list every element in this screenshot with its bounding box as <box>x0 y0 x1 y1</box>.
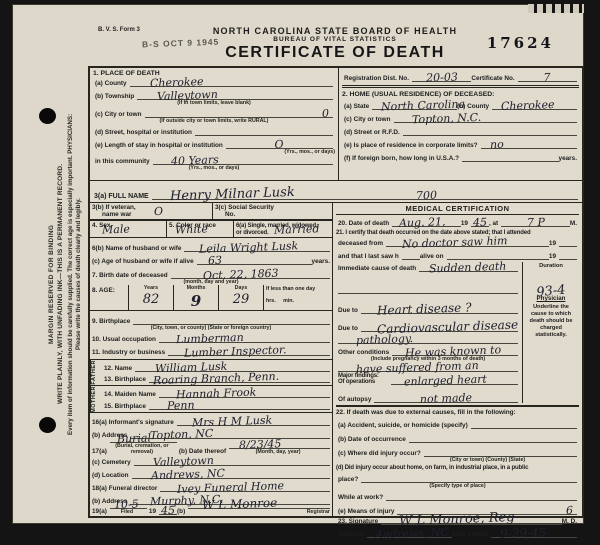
external-d-line <box>361 473 577 483</box>
informant-sig-label: 16(a) Informant's signature <box>92 419 174 426</box>
torn-edge-decoration <box>528 4 584 13</box>
due2-line: Cardiovascular disease <box>361 322 518 332</box>
medical-column: MEDICAL CERTIFICATION 20. Date of death … <box>333 203 582 516</box>
physician-sig-label: 23. Signature <box>338 518 378 525</box>
section-full-name: 3(a) FULL NAME Henry Milnar Lusk 700 <box>90 181 582 203</box>
means-of-injury-label: (e) Means of injury <box>338 508 394 515</box>
personal-column: 3(b) If veteran, name war O 3(c) Social … <box>90 203 333 516</box>
home-city-label: (c) City or town <box>344 116 391 123</box>
disposition-type-label: 17(a) <box>92 448 107 455</box>
external-c-line <box>424 447 577 457</box>
home-county-line: Cherokee <box>492 100 577 110</box>
certificate-no-line: 7 <box>518 72 577 82</box>
external-title: 22. If death was due to external causes,… <box>336 409 579 416</box>
location-value: Andrews, NC <box>151 467 225 483</box>
street-line <box>195 126 333 136</box>
section-place-of-death: 1. PLACE OF DEATH (a) CountyCherokee (b)… <box>90 68 339 180</box>
street-label: (d) Street, hospital or institution <box>95 129 192 136</box>
home-corporate-label: (e) Is place of residence in corporate l… <box>344 142 478 149</box>
mother-birthplace-value: Penn <box>167 399 195 413</box>
cemetery-label: (c) Cemetery <box>92 459 131 466</box>
location-label: (d) Location <box>92 472 129 479</box>
birthplace-label: 9. Birthplace <box>92 318 130 325</box>
age-hrs-label: hrs. <box>266 298 276 304</box>
due2-line2: pathology. <box>338 334 518 344</box>
date-signed-line: 9-29-45 <box>491 528 577 538</box>
full-name-value: Henry Milnar Lusk <box>169 185 294 204</box>
death-year-line: 45 <box>471 217 489 227</box>
funeral-director-line: Ivey Funeral Home <box>160 482 330 492</box>
age-years-label: Years <box>129 285 173 291</box>
informant-addr-value: Topton, NC <box>150 427 214 442</box>
home-state-label: (a) State <box>344 103 369 110</box>
county-line: Cherokee <box>130 77 333 87</box>
funeral-director-label: 18(a) Funeral director <box>92 485 157 492</box>
autopsy-value: not made <box>420 391 473 406</box>
death-time-value: 7 P <box>526 216 544 230</box>
alive-line <box>447 250 549 260</box>
city-note: (If outside city or town limits, write R… <box>93 118 335 124</box>
occupation-value: Lumberman <box>176 331 244 346</box>
certificate-paper: MARGIN RESERVED FOR BINDING WRITE PLAINL… <box>12 4 584 524</box>
physician-addr-label: Address <box>338 531 364 538</box>
filed-date-line: 10-5 <box>110 508 147 509</box>
ssn-label2: No. <box>225 211 235 218</box>
occupation-label: 10. Usual occupation <box>92 336 156 343</box>
age-days-value: 29 <box>219 292 263 307</box>
attended-line: No doctor saw him <box>386 237 549 247</box>
divider-rule <box>336 405 579 407</box>
full-name-label: 3(a) FULL NAME <box>94 193 149 200</box>
age-days-label: Days <box>219 285 263 291</box>
full-name-code: 700 <box>416 189 437 203</box>
spouse-line: Leila Wright Lusk <box>184 242 330 252</box>
stay-line: O <box>226 139 333 149</box>
disposition-date-line: 8/23/45 <box>229 448 330 449</box>
home-street-line <box>403 126 577 136</box>
spouse-age-suffix: years. <box>312 258 330 265</box>
city-label: (c) City or town <box>95 111 142 118</box>
external-a-line <box>471 419 577 429</box>
immediate-cause-label: Immediate cause of death <box>338 265 416 272</box>
section-filed: 19(a) 10-5Filed 19 45 (b) W L MonroeRegi… <box>90 505 332 517</box>
attended-value: No doctor saw him <box>402 234 508 251</box>
operations-value: enlarged heart <box>403 373 486 389</box>
md-label: M. D. <box>562 518 577 525</box>
serial-number: 17624 <box>487 34 554 52</box>
punch-hole-bottom <box>39 417 56 433</box>
physician-addr-line: Andrews, NC <box>367 528 453 538</box>
section-father: FATHER 12. NameWilliam Lusk 13. Birthpla… <box>90 359 332 385</box>
death-at-label: , at <box>489 220 498 227</box>
home-years-suffix: years. <box>559 155 577 162</box>
home-corporate-line: no <box>481 139 577 149</box>
filed-year-prefix: 19 <box>149 508 156 515</box>
birth-date-value: Oct. 22, 1863 <box>202 267 278 283</box>
other-conditions-line2: have suffered from an <box>338 362 518 372</box>
community-label: in this community <box>95 158 150 165</box>
race-value: White <box>175 222 208 236</box>
registration-dist-label: Registration Dist. No. <box>344 75 409 82</box>
father-birthplace-line: Roaring Branch, Penn. <box>149 373 330 383</box>
township-line: Valleytown <box>137 90 333 100</box>
home-street-label: (d) Street or R.F.D. <box>344 129 400 136</box>
mother-birthplace-label: 15. Birthplace <box>104 403 146 410</box>
informant-sig-line: Mrs H M Lusk <box>177 416 330 426</box>
external-d-label2: place? <box>338 476 358 483</box>
father-side-label: FATHER <box>90 360 102 385</box>
cause-blank-line <box>338 284 518 294</box>
section-mother: MOTHER 14. Maiden NameHannah Frook 15. B… <box>90 385 332 414</box>
stay-label: (e) Length of stay in hospital or instit… <box>95 142 223 149</box>
age-min-label: min. <box>283 298 294 304</box>
community-line: 40 Years <box>153 155 333 165</box>
section-home-residence: Registration Dist. No. 20-03 Certificate… <box>339 68 582 180</box>
father-name-line: William Lusk <box>135 362 330 372</box>
home-foreign-label: (f) If foreign born, how long in U.S.A.? <box>344 155 459 162</box>
operations-line: enlarged heart <box>391 375 518 385</box>
father-birthplace-label: 13. Birthplace <box>104 376 146 383</box>
death-m-label: M. <box>570 220 577 227</box>
industry-line: Lumber Inspector. <box>168 346 330 356</box>
location-line: Andrews, NC <box>132 469 330 479</box>
while-at-work-label: While at work? <box>338 494 383 501</box>
death-year-value: 45 <box>473 216 487 229</box>
margin-physicians-note: Please write the causes of death clearly… <box>75 34 82 514</box>
place-of-death-title: 1. PLACE OF DEATH <box>93 70 335 77</box>
county-label: (a) County <box>95 80 127 87</box>
home-corporate-value: no <box>490 138 504 151</box>
certify-line3: and that I last saw h <box>338 253 399 260</box>
informant-addr-line: Topton, NC <box>130 429 330 439</box>
disposition-date-value: 8/23/45 <box>239 438 282 452</box>
father-name-label: 12. Name <box>104 365 132 372</box>
of-operations-label: Of operations <box>338 379 388 385</box>
physician-note: Underline the cause to which death shoul… <box>525 304 577 339</box>
age-months-label: Months <box>174 285 218 291</box>
township-value: Valleytown <box>157 88 218 103</box>
township-label: (b) Township <box>95 93 134 100</box>
external-b-line <box>409 433 577 443</box>
mother-birthplace-line: Penn <box>149 400 330 410</box>
mother-name-line: Hannah Frook <box>159 388 330 398</box>
spouse-age-label: (c) Age of husband or wife if alive <box>92 258 194 265</box>
home-city-line: Topton, N.C. <box>394 113 577 123</box>
filed-year-line: 45 <box>159 505 177 515</box>
physician-addr-value: Andrews, NC <box>375 526 449 542</box>
full-name-line: Henry Milnar Lusk 700 <box>152 187 578 200</box>
birthplace-note: (City, town, or county) (State or foreig… <box>90 325 332 331</box>
filed-label: 19(a) <box>92 508 107 515</box>
city-line: 0 <box>145 108 333 118</box>
external-d-label1: (d) Did injury occur about home, on farm… <box>336 465 579 471</box>
due1-line: Heart disease ? <box>361 304 518 314</box>
external-d-note: (Specify type of place) <box>336 483 579 489</box>
section-age: 8. AGE: Years82 Months9 Days29 If less t… <box>90 285 332 311</box>
external-b-label: (b) Date of occurrence <box>338 436 406 443</box>
spouse-label: 6(b) Name of husband or wife <box>92 245 181 252</box>
duration-physician-sidebar: Duration 93-4 Physician Underline the ca… <box>522 262 579 403</box>
registration-dist-value: 20-03 <box>426 70 458 84</box>
stay-value: O <box>275 138 284 151</box>
industry-value: Lumber Inspector. <box>184 343 287 360</box>
external-c-note: (City or town) (County) (State) <box>336 457 579 463</box>
spouse-age-line: 63 <box>197 255 312 265</box>
death-year-prefix: 19 <box>461 220 468 227</box>
ssn-label: 3(c) Social Security <box>215 204 274 211</box>
death-time-line: 7 P <box>501 217 570 227</box>
veteran-label: 3(b) If veteran, <box>92 204 136 211</box>
other-conditions-label: Other conditions <box>338 349 389 356</box>
home-county-value: Cherokee <box>500 98 554 113</box>
birth-date-label: 7. Birth date of deceased <box>92 272 168 279</box>
age-months-value: 9 <box>174 292 218 310</box>
home-state-line: North Carolina <box>372 100 457 110</box>
margin-binding-note: MARGIN RESERVED FOR BINDING <box>48 194 55 374</box>
immediate-cause-line: Sudden death <box>419 262 518 272</box>
sex-value: Male <box>102 223 130 237</box>
cemetery-line: Valleytown <box>134 456 330 466</box>
certify-line2: deceased from <box>338 240 383 247</box>
other-conditions-line: He was known to <box>392 346 518 356</box>
lastsaw-blank <box>402 250 420 260</box>
mother-side-label: MOTHER <box>90 386 102 413</box>
attended-year-line <box>559 237 577 247</box>
birth-date-line: Oct. 22, 1863 <box>171 269 330 279</box>
city-value: 0 <box>322 107 329 120</box>
marital-label2: or divorced. <box>236 230 269 236</box>
age-less-label: If less than one day <box>266 286 315 292</box>
mother-name-label: 14. Maiden Name <box>104 391 156 398</box>
age-years-value: 82 <box>129 292 173 307</box>
date-signed-label: Date signed <box>452 531 488 538</box>
alive-label: alive on <box>420 253 444 260</box>
marital-value: Married <box>274 222 320 237</box>
birthplace-line <box>133 315 330 325</box>
filed-year-value: 45 <box>161 504 175 517</box>
death-date-value: Aug. 21, <box>399 215 446 230</box>
means-of-injury-value: 6 <box>566 504 573 517</box>
alive-year-line <box>559 250 577 260</box>
autopsy-line: not made <box>374 393 518 403</box>
death-date-label: 20. Date of death <box>338 220 389 227</box>
certificate-form: 1. PLACE OF DEATH (a) CountyCherokee (b)… <box>88 66 584 518</box>
occupation-line: Lumberman <box>159 333 330 343</box>
due1-label: Due to <box>338 307 358 314</box>
duration-label: Duration <box>525 263 577 269</box>
disposition-type-line: Burial <box>110 442 177 443</box>
external-a-label: (a) Accident, suicide, or homicide (spec… <box>338 422 468 429</box>
margin-every-item-note: Every item of information should be care… <box>67 34 74 514</box>
date-signed-value: 9-29-45 <box>500 525 547 541</box>
disposition-type-value: Burial <box>116 432 150 446</box>
medical-title: MEDICAL CERTIFICATION <box>336 204 579 215</box>
filed-date-value: 10-5 <box>113 498 138 512</box>
attended-year: 19 <box>549 240 556 247</box>
punch-hole-top <box>39 108 56 124</box>
veteran-label2: name war <box>102 211 131 218</box>
due2-label: Due to <box>338 325 358 332</box>
while-at-work-line <box>386 491 577 501</box>
community-value: 40 Years <box>171 153 219 168</box>
physician-sig-line: W L Monroe, Reg <box>381 515 562 525</box>
cause-of-death-block: Immediate cause of deathSudden death Due… <box>336 262 579 403</box>
margin-write-plainly-note: WRITE PLAINLY, WITH UNFADING INK—THIS IS… <box>57 104 64 464</box>
filed-b-label: (b) <box>177 508 185 515</box>
certificate-no-value: 7 <box>544 71 551 84</box>
veteran-value: O <box>154 205 163 218</box>
autopsy-label: Of autopsy <box>338 396 371 403</box>
immediate-cause-value: Sudden death <box>429 260 507 276</box>
certificate-no-label: Certificate No. <box>471 75 514 82</box>
external-c-label: (c) Where did injury occur? <box>338 450 421 457</box>
registrar-sig-line: W L Monroe <box>188 508 330 509</box>
home-foreign-line <box>462 152 559 162</box>
alive-year: 19 <box>549 253 556 260</box>
death-date-line: Aug. 21, <box>392 217 461 227</box>
registration-dist-line: 20-03 <box>412 72 471 82</box>
industry-label: 11. Industry or business <box>92 349 165 356</box>
spouse-age-value: 63 <box>208 254 222 267</box>
due1-value: Heart disease ? <box>376 300 471 317</box>
age-label: 8. AGE: <box>90 285 128 310</box>
due2-value2: pathology. <box>356 332 414 347</box>
home-city-value: Topton, N.C. <box>412 111 482 126</box>
